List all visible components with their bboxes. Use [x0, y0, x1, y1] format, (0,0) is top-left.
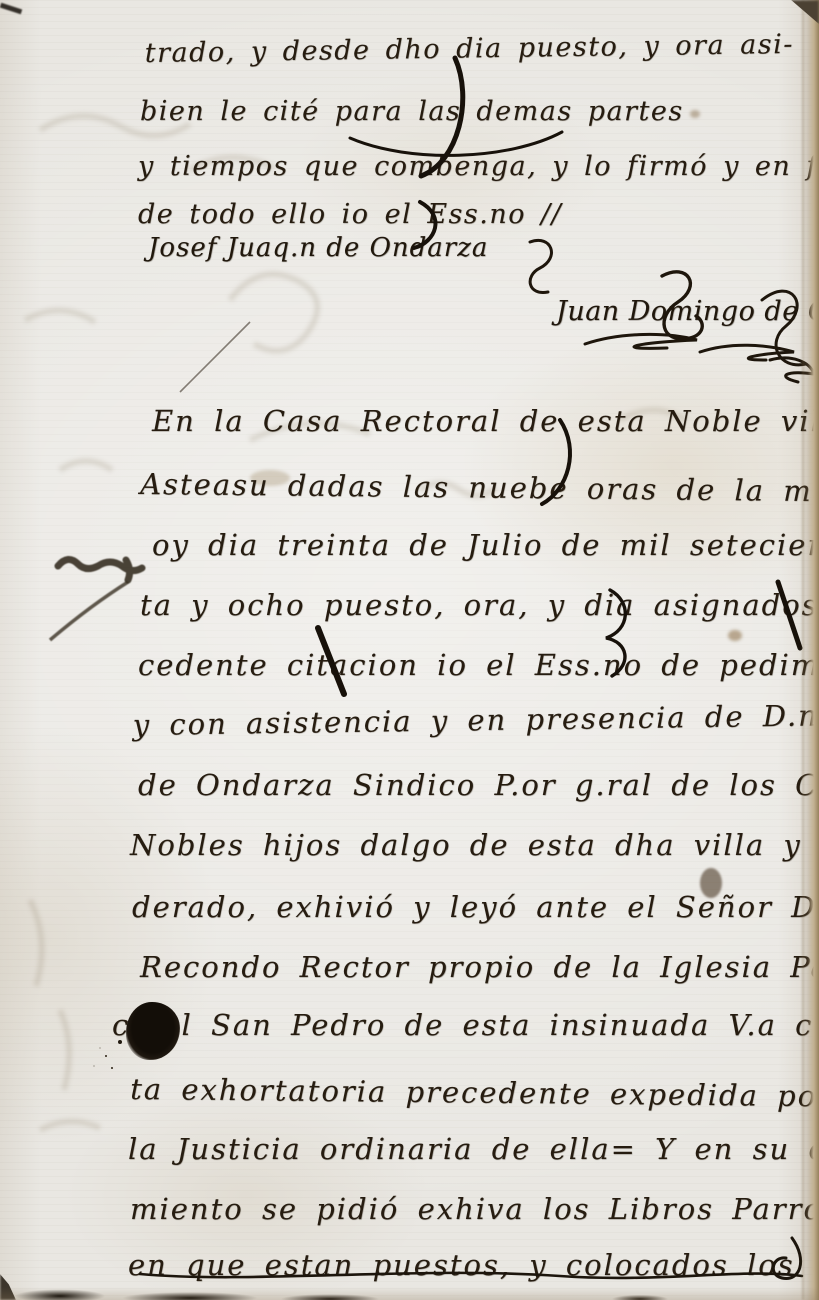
page-corner-top-left-mark [0, 3, 22, 15]
next-line-cutoff-edge [0, 1287, 819, 1300]
foxing-spot [690, 110, 700, 118]
manuscript-line: trado, y desde dho dia puesto, y ora asi… [145, 29, 795, 69]
manuscript-line: ta exhortatoria precedente expedida por [130, 1072, 819, 1113]
signature-notary: Josef Juaq.n de Ondarza [148, 233, 488, 263]
manuscript-line: Nobles hijos dalgo de esta dha villa y s… [130, 828, 819, 862]
manuscript-line: y con asistencia y en presencia de D.n J… [133, 695, 819, 742]
manuscript-line: derado, exhivió y leyó ante el Señor D.n… [132, 890, 819, 924]
manuscript-line: en que estan puestos, y colocados los as… [128, 1248, 819, 1282]
signature-juan-domingo: Juan Domingo de Olola [556, 296, 819, 327]
manuscript-line: la Justicia ordinaria de ella= Y en su c… [128, 1132, 819, 1166]
manuscript-line: de Ondarza Sindico P.or g.ral de los Cav… [138, 768, 819, 802]
manuscript-line: oy dia treinta de Julio de mil setecient… [152, 528, 819, 562]
manuscript-line: cedente citacion io el Ess.no de pedimen… [138, 648, 819, 682]
manuscript-line: bien le cité para las demas partes [140, 96, 684, 127]
manuscript-line: Asteasu dadas las nuebe oras de la mañan… [140, 467, 819, 510]
ink-blot [126, 1002, 180, 1060]
manuscript-line: ta y ocho puesto, ora, y dia asignados e… [140, 588, 819, 622]
manuscript-line: y tiempos que combenga, y lo firmó y en … [138, 151, 819, 182]
manuscript-line: En la Casa Rectoral de esta Noble villa … [152, 404, 819, 438]
manuscript-line: de todo ello io el Ess.no // [138, 199, 562, 230]
manuscript-page: trado, y desde dho dia puesto, y ora asi… [0, 0, 819, 1300]
page-right-edge [802, 0, 819, 1300]
ink-splatter-dots [118, 1040, 122, 1044]
manuscript-line: miento se pidió exhiva los Libros Parroc… [130, 1192, 819, 1226]
manuscript-line: chial San Pedro de esta insinuada V.a ca… [112, 1008, 819, 1042]
foxing-spot [728, 630, 742, 641]
manuscript-line: Recondo Rector propio de la Iglesia Parr… [140, 950, 819, 984]
